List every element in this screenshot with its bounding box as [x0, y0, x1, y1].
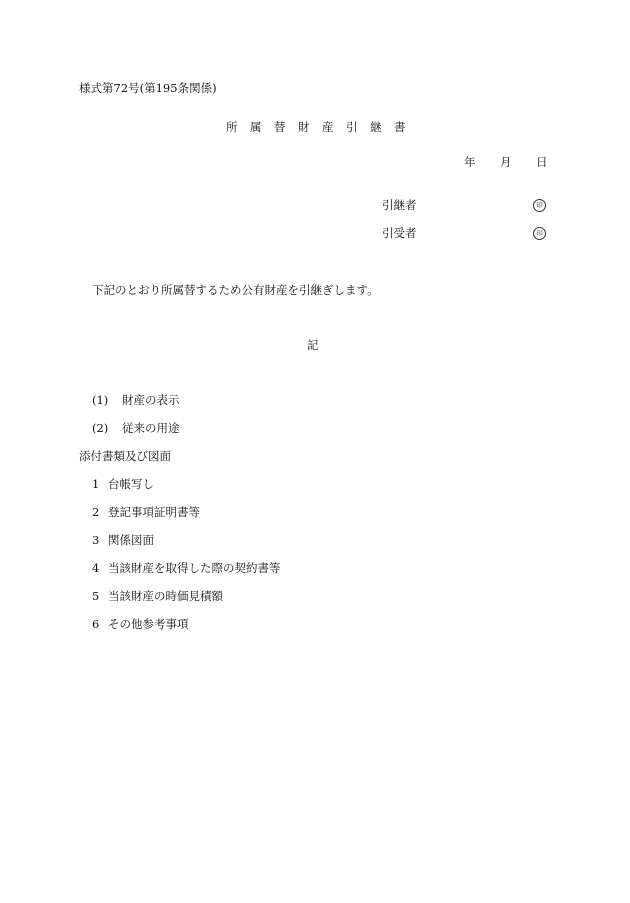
item-text: 従来の用途 — [122, 421, 180, 435]
seal-icon: 印 — [533, 199, 546, 212]
item-text: 財産の表示 — [122, 393, 180, 407]
attachment-text: 台帳写し — [108, 477, 154, 491]
item-number: (1) — [92, 393, 108, 407]
date-year-label: 年 — [464, 155, 476, 169]
ki-heading: 記 — [307, 338, 319, 352]
transferor-label: 引継者 — [382, 198, 417, 212]
attachment-number: 5 — [92, 589, 99, 603]
date-month-label: 月 — [500, 155, 512, 169]
attachment-number: 1 — [92, 477, 99, 491]
attachment-number: 2 — [92, 505, 99, 519]
body-text: 下記のとおり所属替するため公有財産を引継ぎします。 — [92, 283, 379, 297]
attachment-text: 登記事項証明書等 — [108, 505, 200, 519]
attachment-text: 関係図面 — [108, 533, 154, 547]
attachment-text: 当該財産を取得した際の契約書等 — [108, 561, 281, 575]
attachments-heading: 添付書類及び図面 — [79, 449, 171, 463]
date-day-label: 日 — [536, 155, 548, 169]
attachment-number: 6 — [92, 617, 99, 631]
attachment-text: 当該財産の時価見積額 — [108, 589, 223, 603]
attachment-number: 3 — [92, 533, 99, 547]
form-number: 様式第72号(第195条関係) — [79, 81, 217, 95]
attachment-text: その他参考事項 — [108, 617, 189, 631]
seal-icon: 印 — [533, 227, 546, 240]
document-title: 所属替財産引継書 — [226, 120, 418, 134]
item-number: (2) — [92, 421, 108, 435]
transferee-label: 引受者 — [382, 226, 417, 240]
attachment-number: 4 — [92, 561, 99, 575]
